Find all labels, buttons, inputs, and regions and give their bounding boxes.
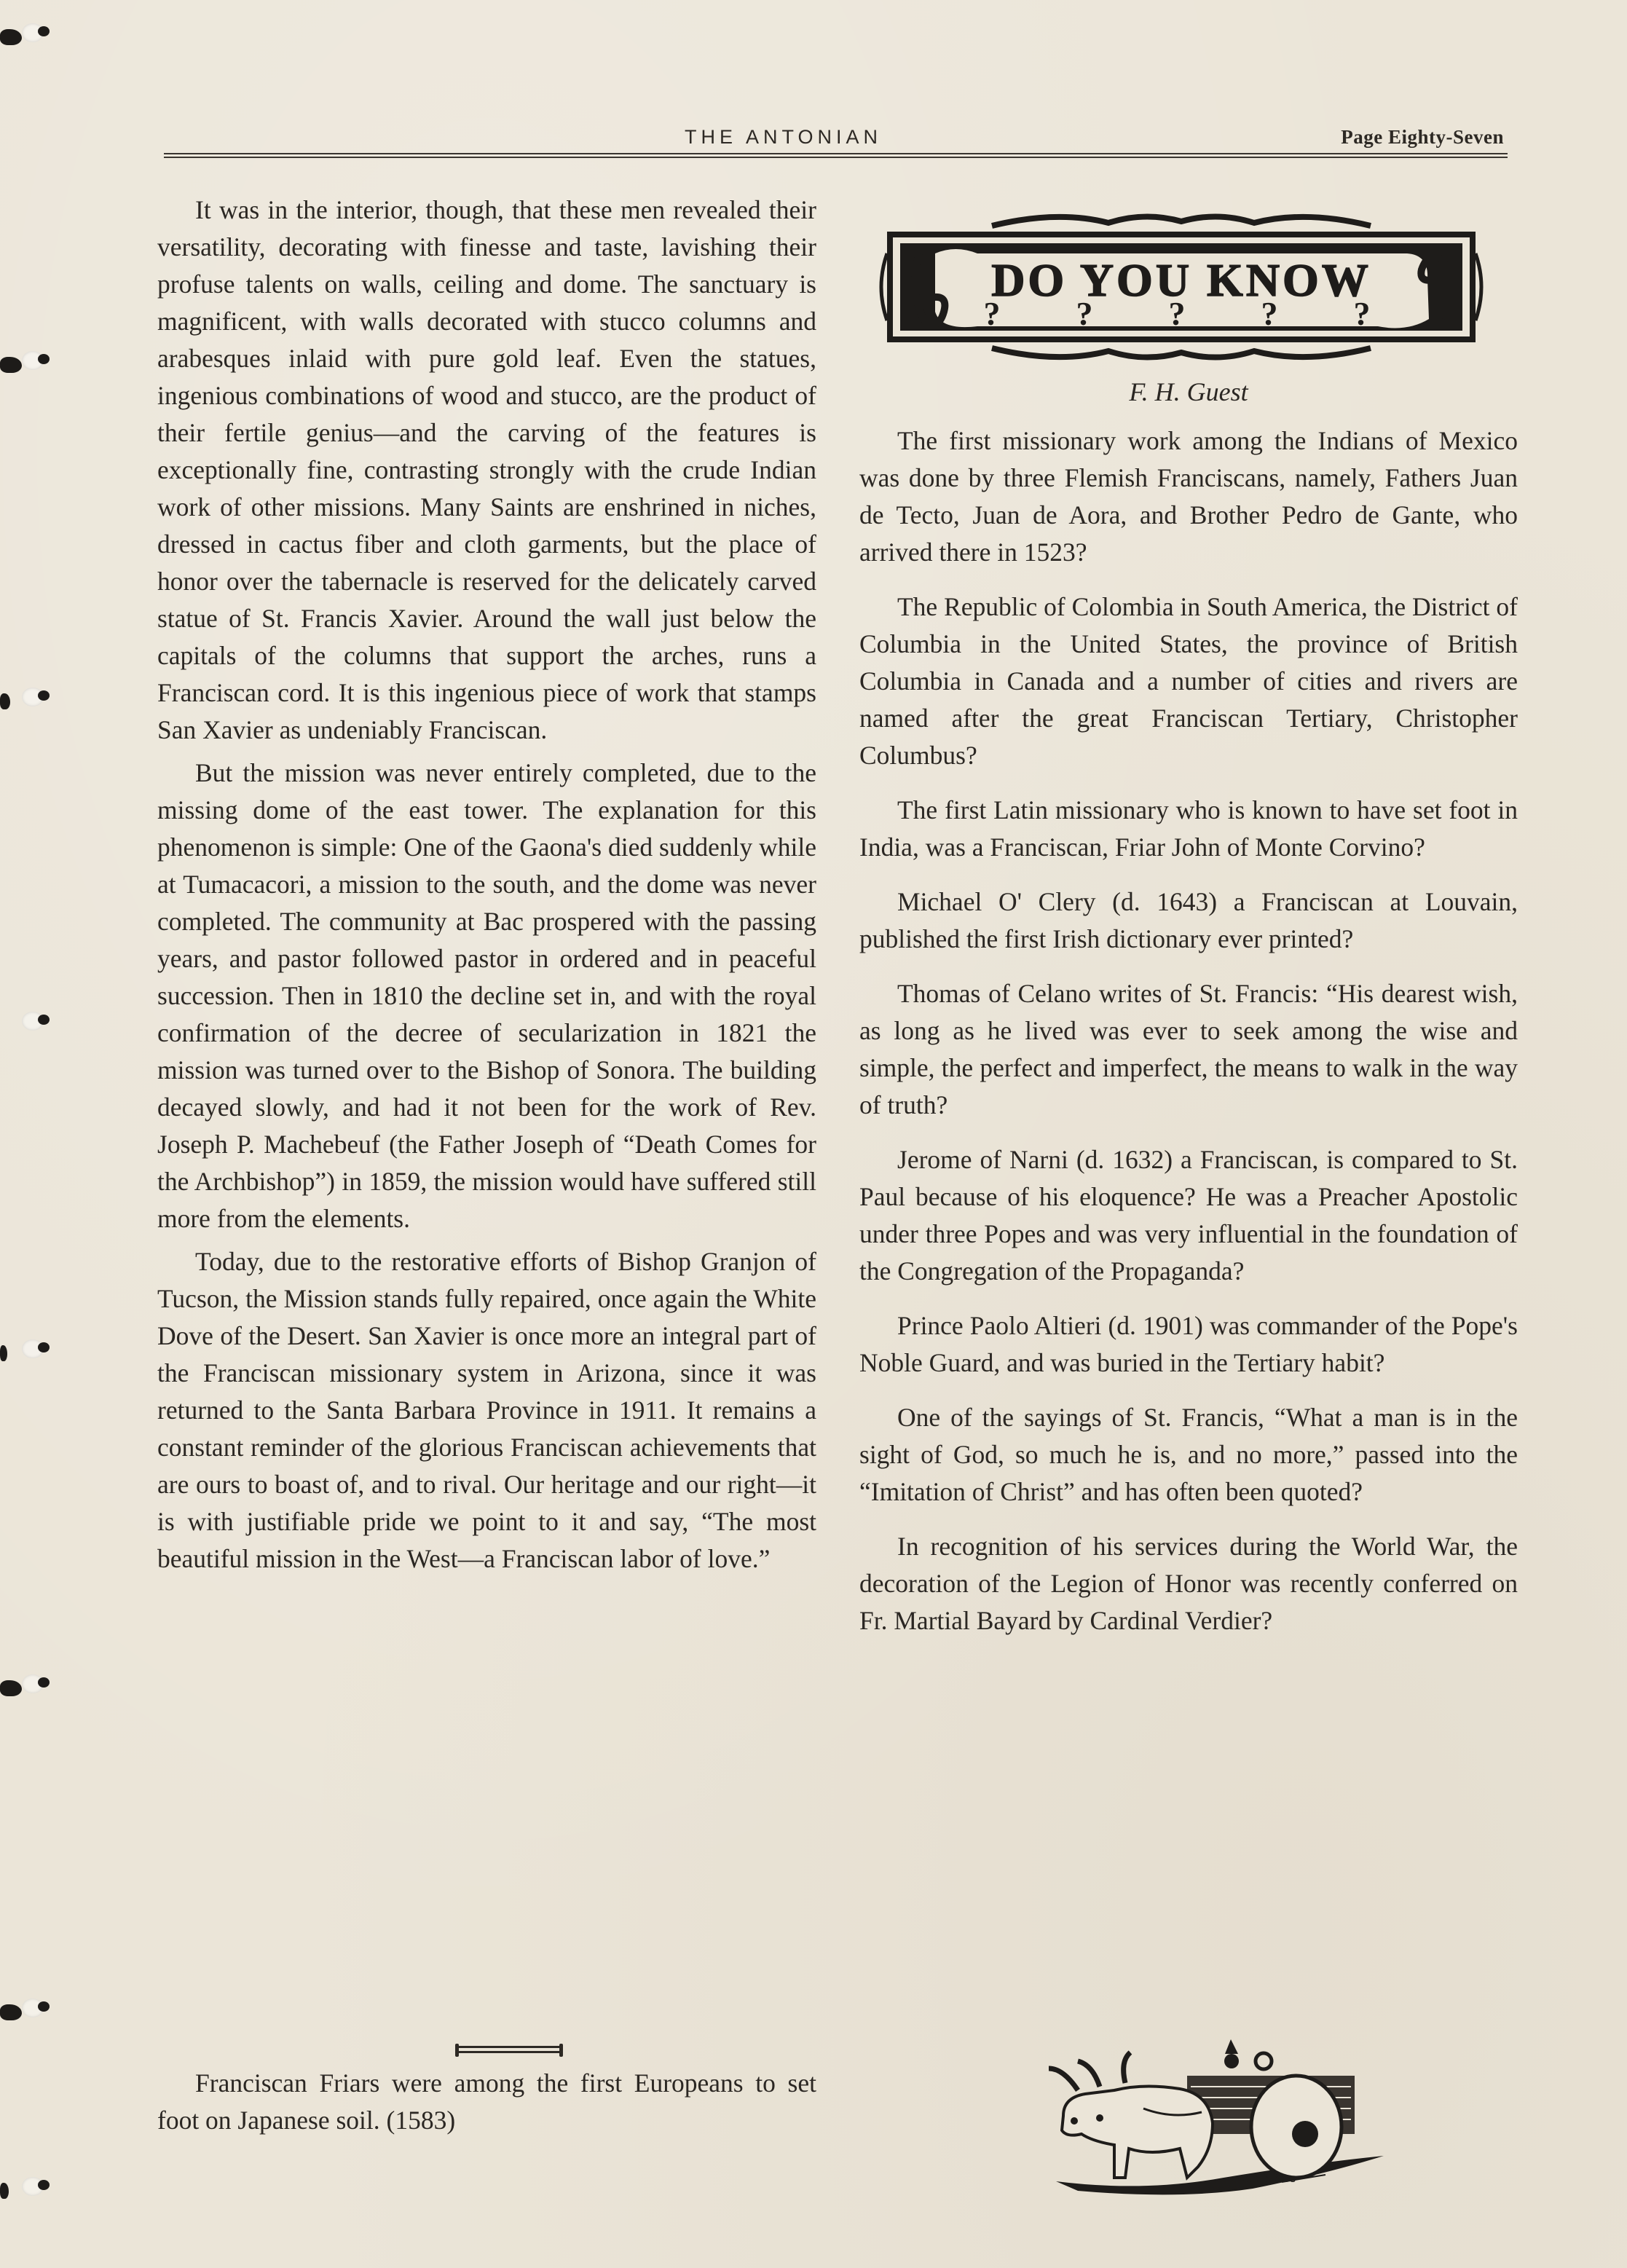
publication-title: THE ANTONIAN bbox=[685, 126, 882, 149]
do-you-know-banner: DO YOU KNOW ? ? ? ? ? bbox=[868, 210, 1494, 363]
fact-item: The first missionary work among the Indi… bbox=[859, 422, 1518, 571]
fact-item: In recognition of his services during th… bbox=[859, 1528, 1518, 1639]
binding-hole bbox=[0, 1336, 51, 1366]
fact-item: Prince Paolo Altieri (d. 1901) was com­m… bbox=[859, 1307, 1518, 1382]
filler-text: Franciscan Friars were among the first E… bbox=[157, 2065, 816, 2139]
binding-hole bbox=[0, 1996, 51, 2025]
fact-item: The Republic of Colombia in South Amer­i… bbox=[859, 588, 1518, 774]
author-byline: F. H. Guest bbox=[859, 377, 1518, 407]
ornament-divider bbox=[455, 2044, 563, 2057]
article-paragraph: It was in the interior, though, that the… bbox=[157, 192, 816, 749]
ox-cart-icon: GOODWCOS bbox=[1034, 2039, 1413, 2200]
left-column-article: It was in the interior, though, that the… bbox=[157, 192, 816, 1578]
page-number: Page Eighty-Seven bbox=[1341, 126, 1504, 149]
binding-hole bbox=[0, 685, 51, 714]
binding-hole bbox=[0, 20, 51, 50]
fact-item: One of the sayings of St. Francis, “What… bbox=[859, 1399, 1518, 1511]
banner-frame-icon: DO YOU KNOW ? ? ? ? ? bbox=[868, 210, 1494, 363]
svg-text:?: ? bbox=[1076, 295, 1093, 332]
right-column-facts: The first missionary work among the Indi… bbox=[859, 422, 1518, 1657]
svg-text:GOODWCOS: GOODWCOS bbox=[1242, 2174, 1296, 2184]
fact-item: Thomas of Celano writes of St. Francis: … bbox=[859, 975, 1518, 1124]
article-paragraph: Today, due to the restorative efforts of… bbox=[157, 1243, 816, 1578]
fact-item: Michael O' Clery (d. 1643) a Franciscan … bbox=[859, 883, 1518, 958]
binding-hole bbox=[0, 2174, 51, 2203]
binding-hole bbox=[0, 1009, 51, 1038]
svg-text:?: ? bbox=[1354, 295, 1371, 332]
ox-cart-illustration: GOODWCOS bbox=[1034, 2039, 1413, 2200]
filler-note: Franciscan Friars were among the first E… bbox=[157, 2065, 816, 2139]
fact-item: Jerome of Narni (d. 1632) a Franciscan, … bbox=[859, 1141, 1518, 1290]
article-paragraph: But the mission was never entirely compl… bbox=[157, 755, 816, 1237]
binding-hole bbox=[0, 348, 51, 377]
svg-text:?: ? bbox=[984, 295, 1001, 332]
binding-hole bbox=[0, 1672, 51, 1701]
fact-item: The first Latin missionary who is known … bbox=[859, 792, 1518, 866]
svg-text:?: ? bbox=[1169, 295, 1186, 332]
svg-text:?: ? bbox=[1261, 295, 1278, 332]
header-double-rule bbox=[164, 153, 1508, 159]
